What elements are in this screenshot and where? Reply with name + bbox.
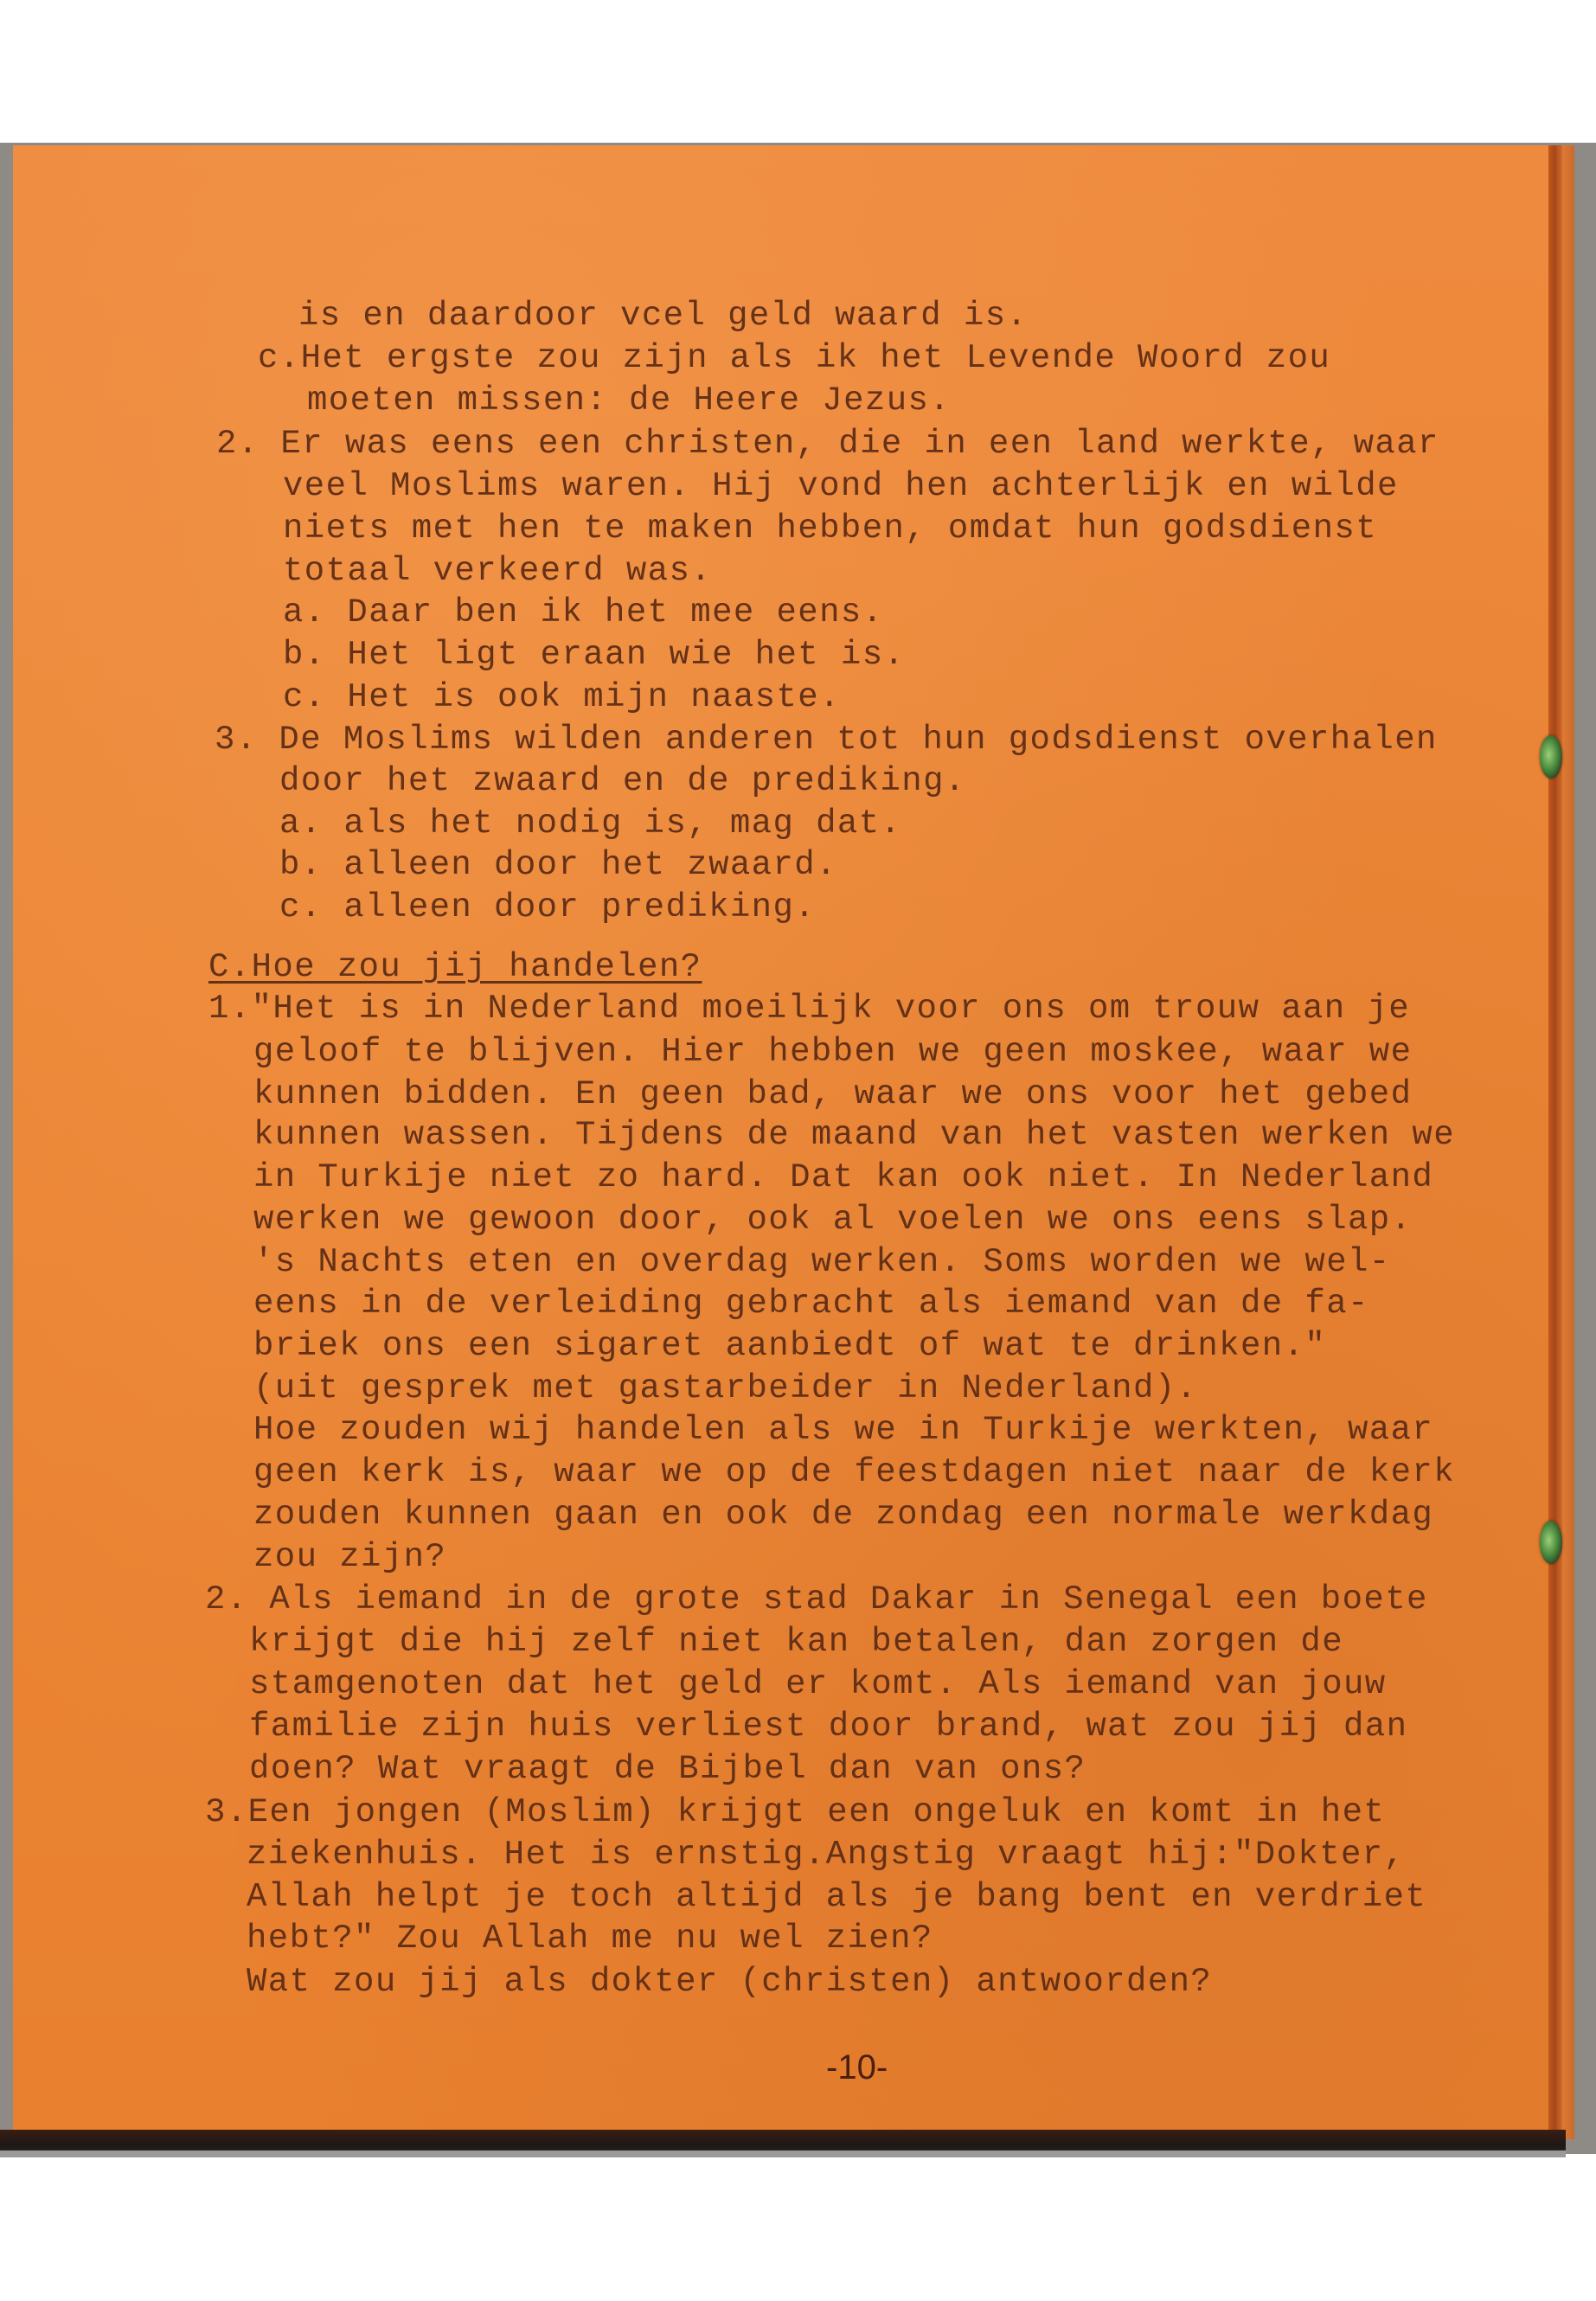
text-line: stamgenoten dat het geld er komt. Als ie… xyxy=(249,1664,1387,1704)
text-line: c.Het ergste zou zijn als ik het Levende… xyxy=(258,338,1330,378)
page-number: -10- xyxy=(826,2048,888,2087)
text-line: 1."Het is in Nederland moeilijk voor ons… xyxy=(208,989,1410,1029)
text-line: hebt?" Zou Allah me nu wel zien? xyxy=(247,1919,933,1958)
text-line: b. Het ligt eraan wie het is. xyxy=(283,635,905,675)
staple-bottom xyxy=(1540,1521,1562,1564)
text-line: Allah helpt je toch altijd als je bang b… xyxy=(247,1877,1426,1917)
text-line: c. alleen door prediking. xyxy=(279,888,816,927)
text-line: in Turkije niet zo hard. Dat kan ook nie… xyxy=(253,1157,1433,1197)
text-line: werken we gewoon door, ook al voelen we … xyxy=(253,1200,1412,1240)
text-line: Hoe zouden wij handelen als we in Turkij… xyxy=(253,1410,1433,1450)
text-line: doen? Wat vraagt de Bijbel dan van ons? xyxy=(249,1749,1086,1789)
text-line: is en daardoor vcel geld waard is. xyxy=(298,296,1028,336)
text-line: veel Moslims waren. Hij vond hen achterl… xyxy=(283,466,1399,506)
text-line: 's Nachts eten en overdag werken. Soms w… xyxy=(253,1242,1391,1282)
booklet-spine xyxy=(1548,145,1562,2137)
text-line: kunnen bidden. En geen bad, waar we ons … xyxy=(253,1074,1412,1114)
text-line: door het zwaard en de prediking. xyxy=(279,761,966,801)
text-line: familie zijn huis verliest door brand, w… xyxy=(249,1707,1407,1747)
text-line: b. alleen door het zwaard. xyxy=(279,845,837,885)
text-line: 3. De Moslims wilden anderen tot hun god… xyxy=(215,720,1438,760)
staple-top xyxy=(1540,735,1562,779)
text-line: ziekenhuis. Het is ernstig.Angstig vraag… xyxy=(247,1835,1405,1875)
text-line: geloof te blijven. Hier hebben we geen m… xyxy=(253,1032,1412,1072)
text-line: zouden kunnen gaan en ook de zondag een … xyxy=(253,1495,1433,1535)
text-line: (uit gesprek met gastarbeider in Nederla… xyxy=(253,1368,1197,1408)
text-line: kunnen wassen. Tijdens de maand van het … xyxy=(253,1115,1455,1155)
text-line: geen kerk is, waar we op de feestdagen n… xyxy=(253,1452,1455,1492)
booklet-spine-edge xyxy=(1562,145,1574,2139)
text-line: krijgt die hij zelf niet kan betalen, da… xyxy=(249,1622,1343,1662)
scan-bottom-strip xyxy=(0,2150,1566,2157)
text-line: 2. Er was eens een christen, die in een … xyxy=(216,424,1439,464)
text-line: 3.Een jongen (Moslim) krijgt een ongeluk… xyxy=(205,1792,1385,1832)
text-line: totaal verkeerd was. xyxy=(283,551,712,591)
text-line: 2. Als iemand in de grote stad Dakar in … xyxy=(205,1580,1428,1619)
text-line: niets met hen te maken hebben, omdat hun… xyxy=(283,509,1377,548)
text-line: a. Daar ben ik het mee eens. xyxy=(283,593,884,632)
text-line: eens in de verleiding gebracht als ieman… xyxy=(253,1284,1369,1324)
text-line: zou zijn? xyxy=(253,1537,446,1577)
section-heading: C.Hoe zou jij handelen? xyxy=(208,947,702,987)
text-line: a. als het nodig is, mag dat. xyxy=(279,804,901,843)
text-line: moeten missen: de Heere Jezus. xyxy=(307,381,951,420)
text-line: c. Het is ook mijn naaste. xyxy=(283,677,841,717)
text-line: Wat zou jij als dokter (christen) antwoo… xyxy=(247,1962,1212,2002)
text-line: briek ons een sigaret aanbiedt of wat te… xyxy=(253,1326,1326,1366)
